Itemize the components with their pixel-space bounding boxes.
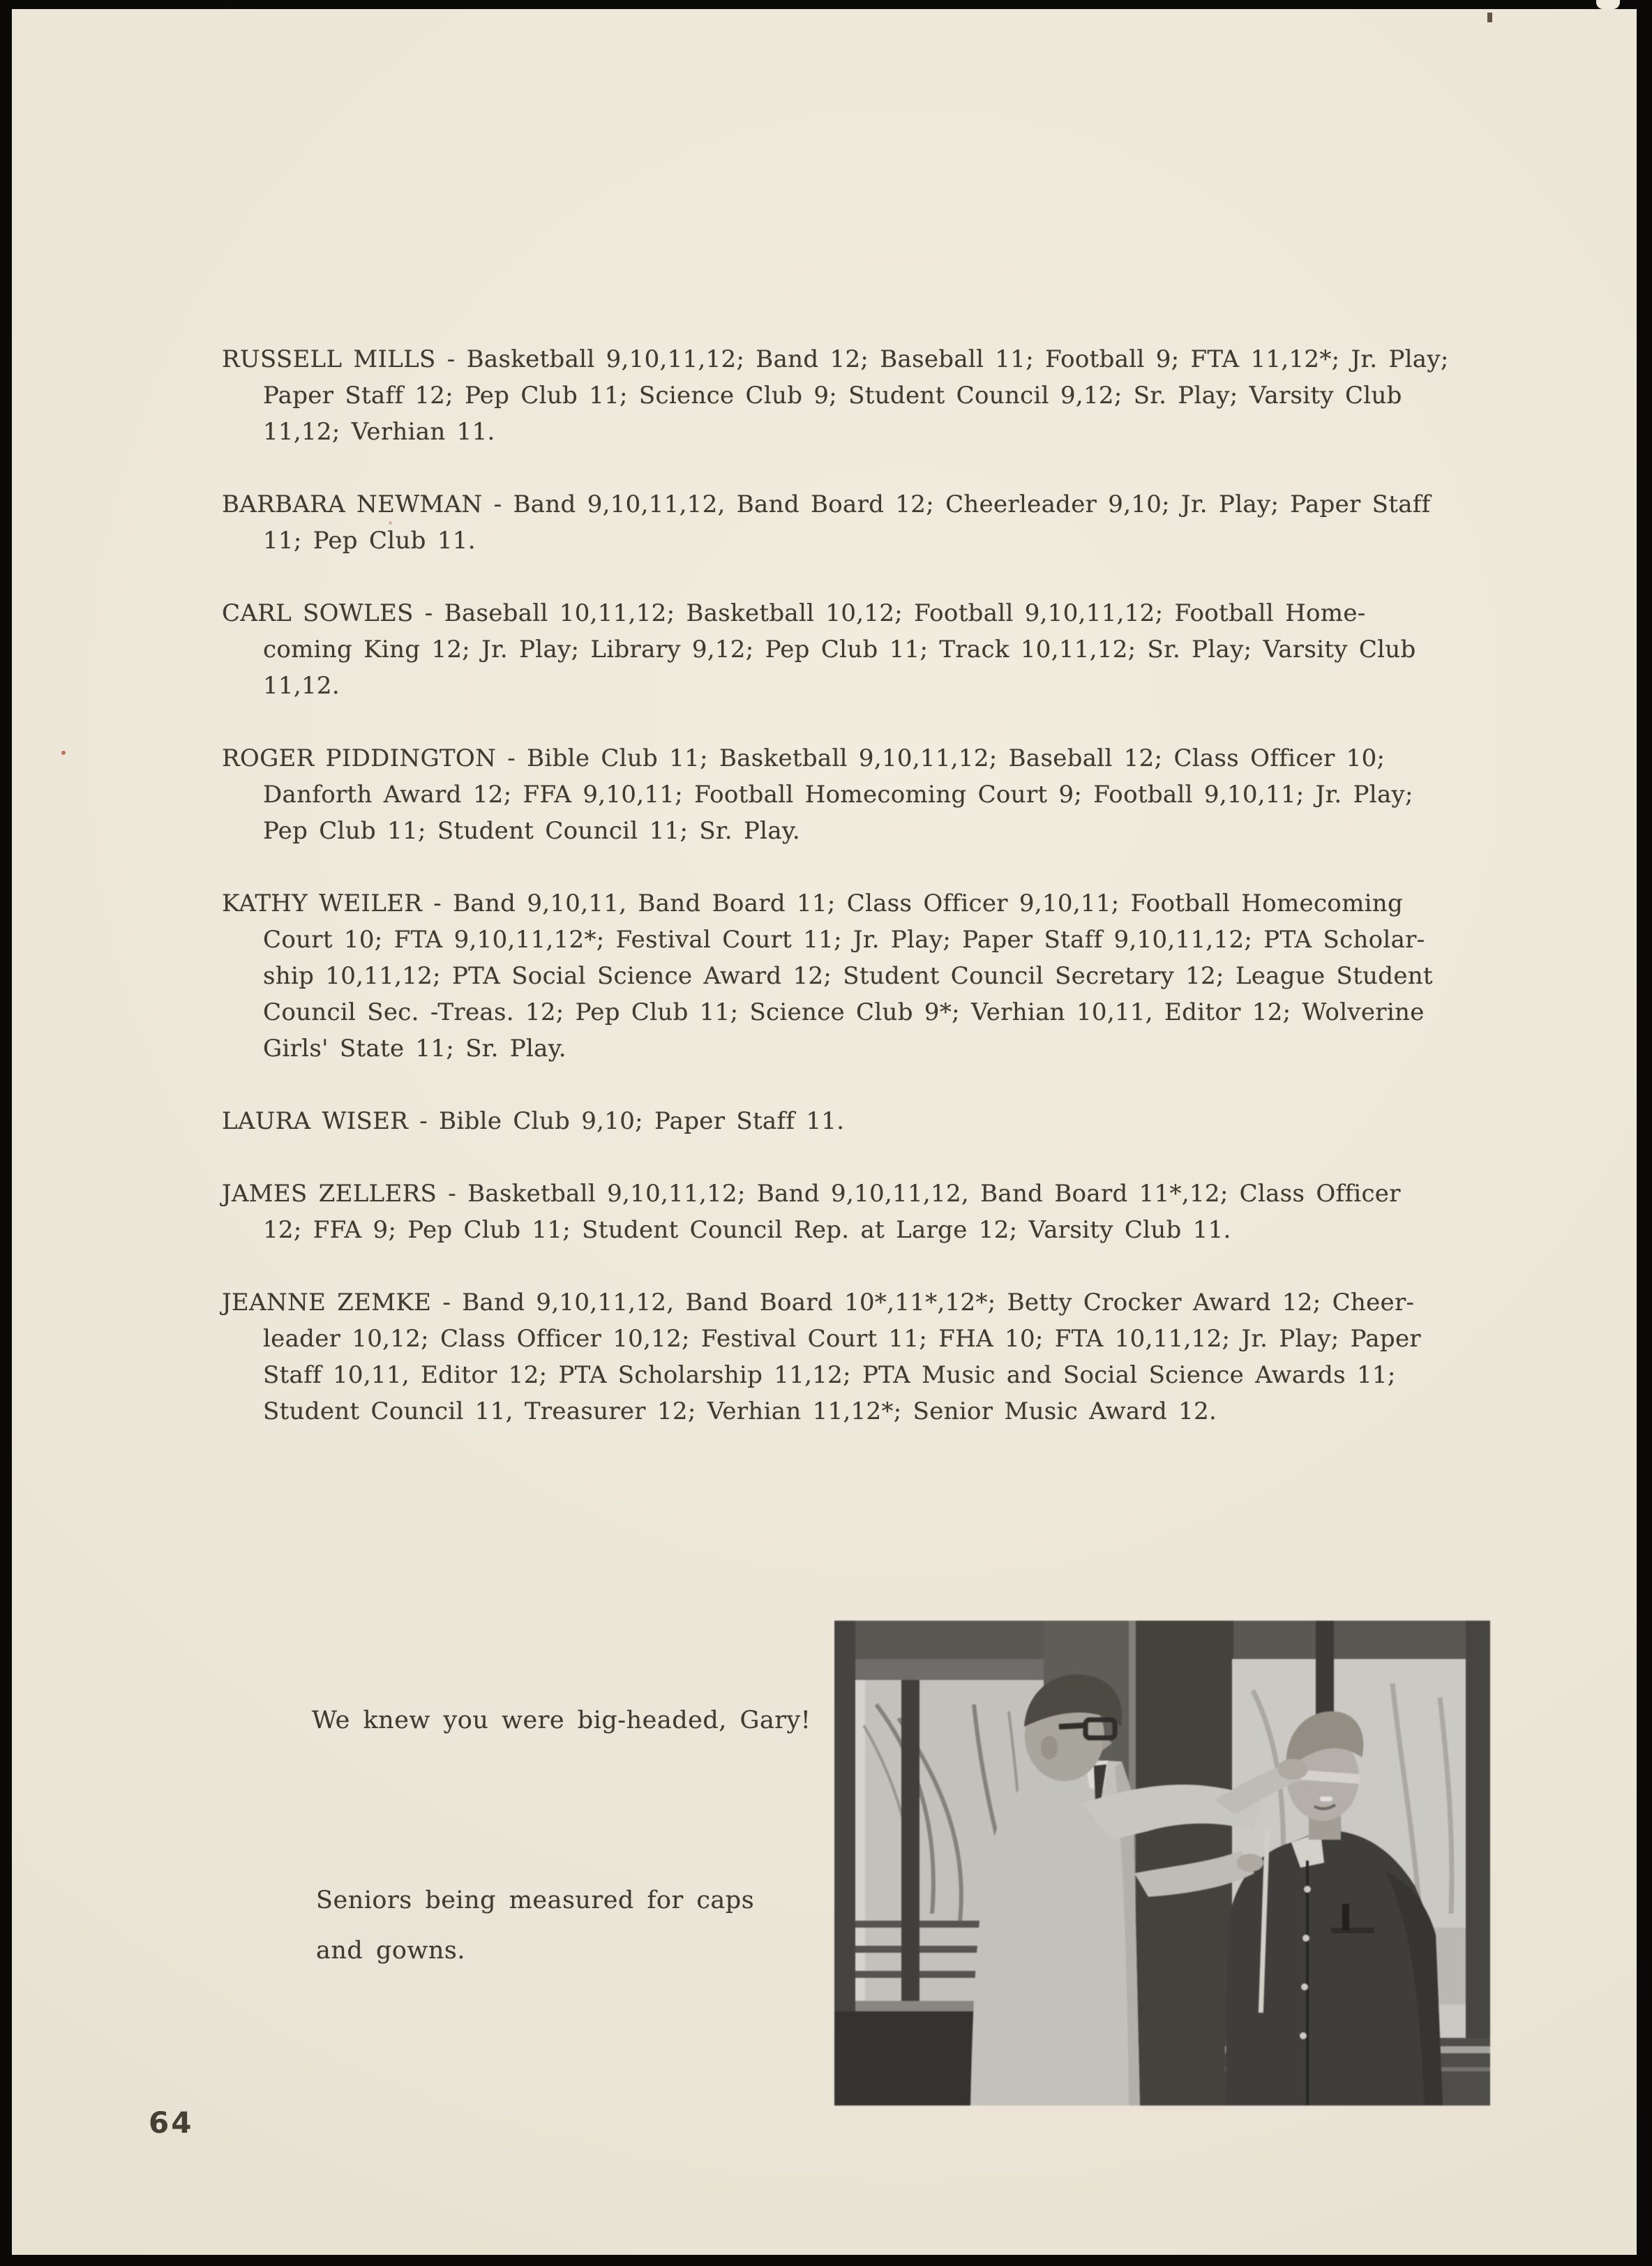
entry-line: 11,12.	[222, 668, 1478, 704]
caption-line: and gowns.	[316, 1926, 754, 1976]
entry-line: 11; Pep Club 11.	[222, 523, 1478, 559]
activity-entry: RUSSELL MILLS - Basketball 9,10,11,12; B…	[222, 341, 1478, 450]
entry-line: leader 10,12; Class Officer 10,12; Festi…	[222, 1321, 1478, 1357]
activity-entry: ROGER PIDDINGTON - Bible Club 11; Basket…	[222, 740, 1478, 849]
scanned-page: RUSSELL MILLS - Basketball 9,10,11,12; B…	[0, 0, 1652, 2266]
entry-line: 11,12; Verhian 11.	[222, 414, 1478, 450]
entry-line: Girls' State 11; Sr. Play.	[222, 1030, 1478, 1067]
activity-entry: CARL SOWLES - Baseball 10,11,12; Basketb…	[222, 595, 1478, 704]
caption-line: Seniors being measured for caps	[316, 1875, 754, 1926]
activity-entry: KATHY WEILER - Band 9,10,11, Band Board …	[222, 885, 1478, 1067]
measuring-hand	[1277, 1759, 1308, 1780]
yearbook-page: RUSSELL MILLS - Basketball 9,10,11,12; B…	[12, 9, 1637, 2255]
entry-line: KATHY WEILER - Band 9,10,11, Band Board …	[222, 885, 1478, 922]
activity-entry: JEANNE ZEMKE - Band 9,10,11,12, Band Boa…	[222, 1284, 1478, 1430]
yearbook-photo	[834, 1621, 1490, 2106]
entry-line: Pep Club 11; Student Council 11; Sr. Pla…	[222, 813, 1478, 849]
entry-line: Council Sec. -Treas. 12; Pep Club 11; Sc…	[222, 994, 1478, 1030]
page-number: 64	[149, 2106, 193, 2140]
entry-line: ship 10,11,12; PTA Social Science Award …	[222, 958, 1478, 994]
activities-list: RUSSELL MILLS - Basketball 9,10,11,12; B…	[222, 341, 1478, 1466]
entry-line: BARBARA NEWMAN - Band 9,10,11,12, Band B…	[222, 486, 1478, 523]
photo-illustration	[834, 1621, 1490, 2106]
photo-caption-seniors: Seniors being measured for caps and gown…	[316, 1875, 754, 1976]
activity-entry: BARBARA NEWMAN - Band 9,10,11,12, Band B…	[222, 486, 1478, 559]
entry-line: LAURA WISER - Bible Club 9,10; Paper Sta…	[222, 1103, 1478, 1139]
photo-caption-gary: We knew you were big-headed, Gary!	[312, 1706, 811, 1734]
entry-line: RUSSELL MILLS - Basketball 9,10,11,12; B…	[222, 341, 1478, 377]
entry-line: Staff 10,11, Editor 12; PTA Scholarship …	[222, 1357, 1478, 1393]
page-edge-notch	[1596, 0, 1620, 9]
entry-line: ROGER PIDDINGTON - Bible Club 11; Basket…	[222, 740, 1478, 776]
entry-line: Danforth Award 12; FFA 9,10,11; Football…	[222, 776, 1478, 813]
entry-line: 12; FFA 9; Pep Club 11; Student Council …	[222, 1212, 1478, 1248]
paper-speck	[61, 751, 66, 755]
entry-line: coming King 12; Jr. Play; Library 9,12; …	[222, 631, 1478, 668]
entry-line: Student Council 11, Treasurer 12; Verhia…	[222, 1393, 1478, 1430]
entry-line: JAMES ZELLERS - Basketball 9,10,11,12; B…	[222, 1176, 1478, 1212]
entry-line: Court 10; FTA 9,10,11,12*; Festival Cour…	[222, 922, 1478, 958]
entry-line: JEANNE ZEMKE - Band 9,10,11,12, Band Boa…	[222, 1284, 1478, 1321]
activity-entry: LAURA WISER - Bible Club 9,10; Paper Sta…	[222, 1103, 1478, 1139]
paper-speck	[1487, 13, 1492, 22]
entry-line: Paper Staff 12; Pep Club 11; Science Clu…	[222, 377, 1478, 414]
entry-line: CARL SOWLES - Baseball 10,11,12; Basketb…	[222, 595, 1478, 631]
activity-entry: JAMES ZELLERS - Basketball 9,10,11,12; B…	[222, 1176, 1478, 1248]
paper-speck	[389, 521, 392, 525]
